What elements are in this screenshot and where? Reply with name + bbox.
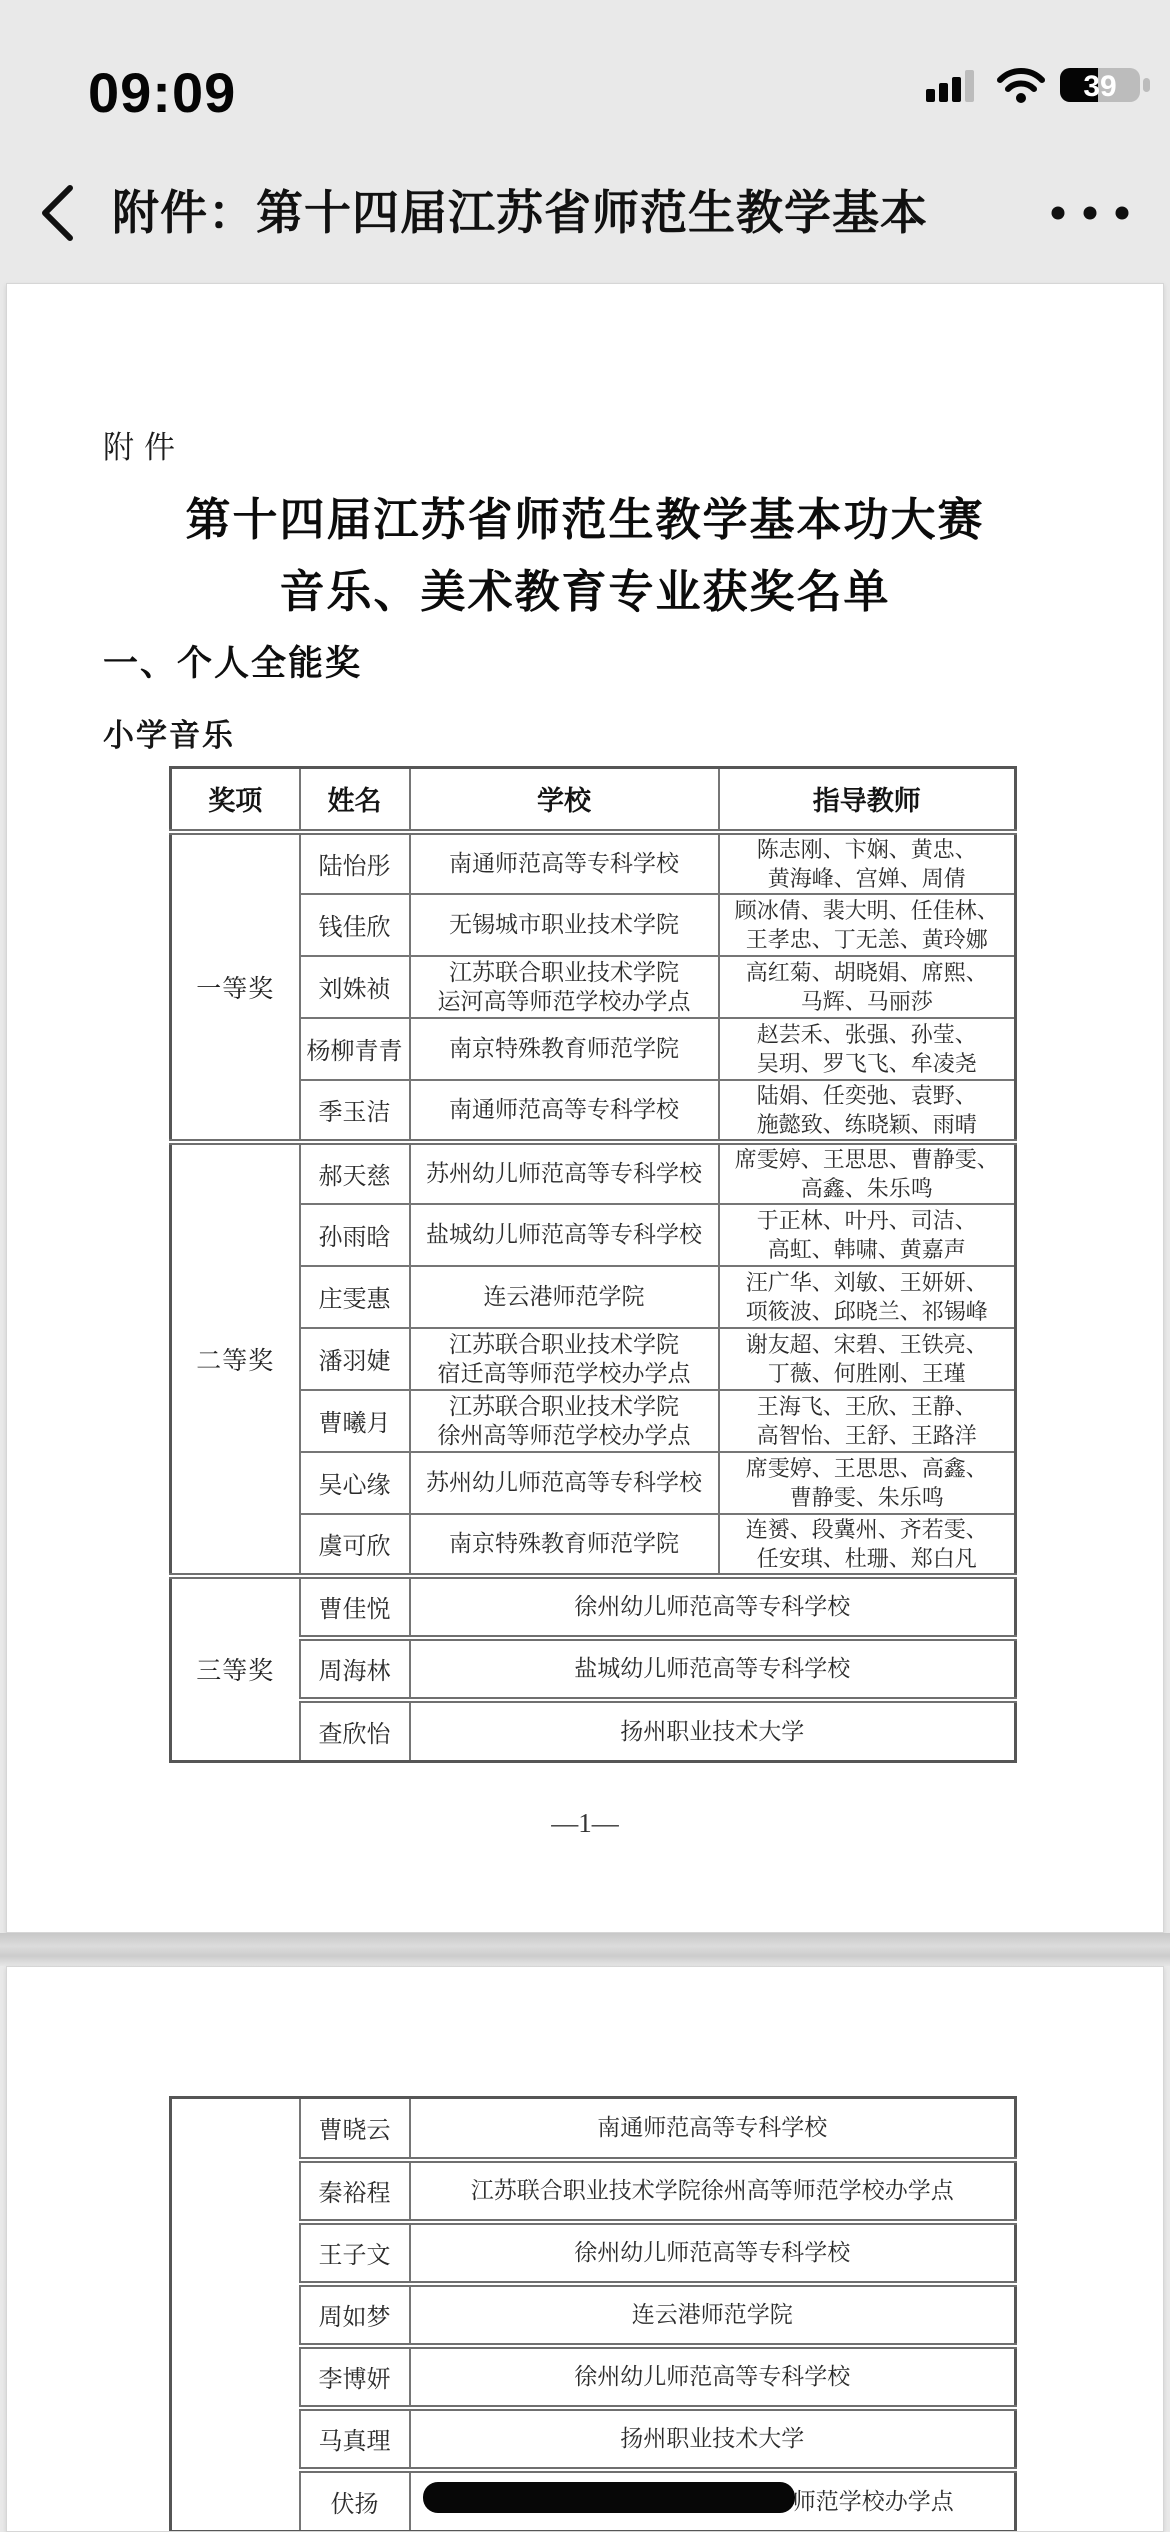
battery-percent-text: 39 bbox=[1083, 70, 1116, 103]
name-cell: 曹晓云 bbox=[300, 2098, 410, 2160]
name-cell: 吴心缘 bbox=[300, 1452, 410, 1514]
name-cell: 潘羽婕 bbox=[300, 1328, 410, 1390]
teachers-cell: 于正林、叶丹、司洁、高虹、韩啸、黄嘉声 bbox=[719, 1204, 1016, 1266]
status-bar: 09:09 39 bbox=[0, 0, 1170, 140]
cellular-signal-icon bbox=[926, 67, 982, 103]
name-cell: 曹佳悦 bbox=[300, 1576, 410, 1638]
school-cell: 盐城幼儿师范高等专科学校 bbox=[410, 1204, 719, 1266]
teachers-cell: 顾冰倩、裴大明、任佳林、王孝忠、丁无恙、黄玲娜 bbox=[719, 894, 1016, 956]
header-cell: 指导教师 bbox=[719, 768, 1016, 832]
teachers-cell: 陆娟、任奕弛、袁野、施懿致、练晓颖、雨晴 bbox=[719, 1080, 1016, 1142]
awards-table: 奖项姓名学校指导教师 一等奖陆怡彤南通师范高等专科学校陈志刚、卞娴、黄忠、黄海峰… bbox=[169, 766, 1017, 1763]
school-cell: 盐城幼儿师范高等专科学校 bbox=[410, 1638, 1016, 1700]
teachers-cell: 赵芸禾、张强、孙莹、吴玥、罗飞飞、牟凌尧 bbox=[719, 1018, 1016, 1080]
name-cell: 周如梦 bbox=[300, 2284, 410, 2346]
award-cell bbox=[171, 2098, 300, 2532]
table-row: 二等奖郝天慈苏州幼儿师范高等专科学校席雯婷、王思思、曹静雯、高鑫、朱乐鸣 bbox=[171, 1142, 1016, 1204]
nav-title: 附件：第十四届江苏省师范生教学基本 bbox=[112, 176, 1012, 250]
award-cell: 一等奖 bbox=[171, 832, 300, 1142]
document-title-line1: 第十四届江苏省师范生教学基本功大赛 bbox=[7, 484, 1163, 556]
name-cell: 曹曦月 bbox=[300, 1390, 410, 1452]
school-cell: 南京特殊教育师范学院 bbox=[410, 1018, 719, 1080]
name-cell: 陆怡彤 bbox=[300, 832, 410, 894]
teachers-cell: 谢友超、宋碧、王铁亮、丁薇、何胜刚、王瑾 bbox=[719, 1328, 1016, 1390]
school-cell: 无锡城市职业技术学院 bbox=[410, 894, 719, 956]
wifi-icon bbox=[997, 67, 1045, 103]
back-button[interactable] bbox=[22, 178, 92, 248]
name-cell: 季玉洁 bbox=[300, 1080, 410, 1142]
name-cell: 周海林 bbox=[300, 1638, 410, 1700]
school-cell: 江苏联合职业技术学院运河高等师范学校办学点 bbox=[410, 2470, 1016, 2532]
teachers-cell: 陈志刚、卞娴、黄忠、黄海峰、宫婵、周倩 bbox=[719, 832, 1016, 894]
header-cell: 姓名 bbox=[300, 768, 410, 832]
award-cell: 三等奖 bbox=[171, 1576, 300, 1762]
school-cell: 江苏联合职业技术学院宿迁高等师范学校办学点 bbox=[410, 1328, 719, 1390]
teachers-cell: 王海飞、王欣、王静、高智怡、王舒、王路洋 bbox=[719, 1390, 1016, 1452]
name-cell: 马真理 bbox=[300, 2408, 410, 2470]
school-cell: 连云港师范学院 bbox=[410, 1266, 719, 1328]
table-row: 一等奖陆怡彤南通师范高等专科学校陈志刚、卞娴、黄忠、黄海峰、宫婵、周倩 bbox=[171, 832, 1016, 894]
redaction-bar bbox=[423, 2482, 795, 2513]
document-page-2: 曹晓云南通师范高等专科学校秦裕程江苏联合职业技术学院徐州高等师范学校办学点王子文… bbox=[6, 1966, 1164, 2532]
attachment-label: 附件 bbox=[103, 422, 185, 467]
school-cell: 江苏联合职业技术学院运河高等师范学校办学点 bbox=[410, 956, 719, 1018]
name-cell: 伏扬 bbox=[300, 2470, 410, 2532]
header-cell: 奖项 bbox=[171, 768, 300, 832]
teachers-cell: 席雯婷、王思思、曹静雯、高鑫、朱乐鸣 bbox=[719, 1142, 1016, 1204]
document-title: 第十四届江苏省师范生教学基本功大赛 音乐、美术教育专业获奖名单 bbox=[7, 484, 1163, 628]
name-cell: 王子文 bbox=[300, 2222, 410, 2284]
page-number: —1— bbox=[7, 1808, 1163, 1839]
name-cell: 李博妍 bbox=[300, 2346, 410, 2408]
school-cell: 苏州幼儿师范高等专科学校 bbox=[410, 1142, 719, 1204]
name-cell: 秦裕程 bbox=[300, 2160, 410, 2222]
table-row: 三等奖曹佳悦徐州幼儿师范高等专科学校 bbox=[171, 1576, 1016, 1638]
school-cell: 南通师范高等专科学校 bbox=[410, 2098, 1016, 2160]
back-chevron-icon bbox=[38, 182, 76, 244]
school-cell: 扬州职业技术大学 bbox=[410, 1700, 1016, 1762]
nav-title-text: 附件：第十四届江苏省师范生教学基本 bbox=[112, 186, 928, 239]
school-cell: 徐州幼儿师范高等专科学校 bbox=[410, 2346, 1016, 2408]
header-cell: 学校 bbox=[410, 768, 719, 832]
more-button[interactable] bbox=[1040, 180, 1140, 246]
award-cell: 二等奖 bbox=[171, 1142, 300, 1576]
name-cell: 孙雨晗 bbox=[300, 1204, 410, 1266]
title-fade bbox=[942, 176, 1012, 250]
page-gap bbox=[0, 1933, 1170, 1966]
document-title-line2: 音乐、美术教育专业获奖名单 bbox=[7, 556, 1163, 628]
school-cell: 苏州幼儿师范高等专科学校 bbox=[410, 1452, 719, 1514]
teachers-cell: 高红菊、胡晓娟、席熙、马辉、马丽莎 bbox=[719, 956, 1016, 1018]
nav-bar: 附件：第十四届江苏省师范生教学基本 bbox=[0, 140, 1170, 282]
name-cell: 杨柳青青 bbox=[300, 1018, 410, 1080]
teachers-cell: 连赟、段冀州、齐若雯、任安琪、杜珊、郑白凡 bbox=[719, 1514, 1016, 1576]
school-cell: 南通师范高等专科学校 bbox=[410, 832, 719, 894]
battery-icon: 39 bbox=[1060, 64, 1152, 106]
school-cell: 扬州职业技术大学 bbox=[410, 2408, 1016, 2470]
name-cell: 郝天慈 bbox=[300, 1142, 410, 1204]
document-page-1: 附件 第十四届江苏省师范生教学基本功大赛 音乐、美术教育专业获奖名单 一、个人全… bbox=[6, 283, 1164, 1933]
subsection-heading: 小学音乐 bbox=[103, 710, 235, 755]
school-cell: 南通师范高等专科学校 bbox=[410, 1080, 719, 1142]
more-ellipsis-icon bbox=[1048, 203, 1132, 223]
school-cell: 徐州幼儿师范高等专科学校 bbox=[410, 2222, 1016, 2284]
table-row: 曹晓云南通师范高等专科学校 bbox=[171, 2098, 1016, 2160]
section-heading: 一、个人全能奖 bbox=[103, 636, 362, 686]
screen: 09:09 39 bbox=[0, 0, 1170, 2532]
school-cell: 南京特殊教育师范学院 bbox=[410, 1514, 719, 1576]
school-cell: 徐州幼儿师范高等专科学校 bbox=[410, 1576, 1016, 1638]
awards-table-page2: 曹晓云南通师范高等专科学校秦裕程江苏联合职业技术学院徐州高等师范学校办学点王子文… bbox=[169, 2096, 1017, 2532]
school-cell: 江苏联合职业技术学院徐州高等师范学校办学点 bbox=[410, 2160, 1016, 2222]
table-header-row: 奖项姓名学校指导教师 bbox=[171, 768, 1016, 832]
school-cell: 连云港师范学院 bbox=[410, 2284, 1016, 2346]
name-cell: 虞可欣 bbox=[300, 1514, 410, 1576]
teachers-cell: 汪广华、刘敏、王妍妍、项筱波、邱晓兰、祁锡峰 bbox=[719, 1266, 1016, 1328]
teachers-cell: 席雯婷、王思思、高鑫、曹静雯、朱乐鸣 bbox=[719, 1452, 1016, 1514]
name-cell: 钱佳欣 bbox=[300, 894, 410, 956]
status-time: 09:09 bbox=[88, 60, 236, 125]
school-cell: 江苏联合职业技术学院徐州高等师范学校办学点 bbox=[410, 1390, 719, 1452]
name-cell: 刘姝祯 bbox=[300, 956, 410, 1018]
name-cell: 庄雯惠 bbox=[300, 1266, 410, 1328]
name-cell: 查欣怡 bbox=[300, 1700, 410, 1762]
status-icons: 39 bbox=[926, 64, 1152, 106]
